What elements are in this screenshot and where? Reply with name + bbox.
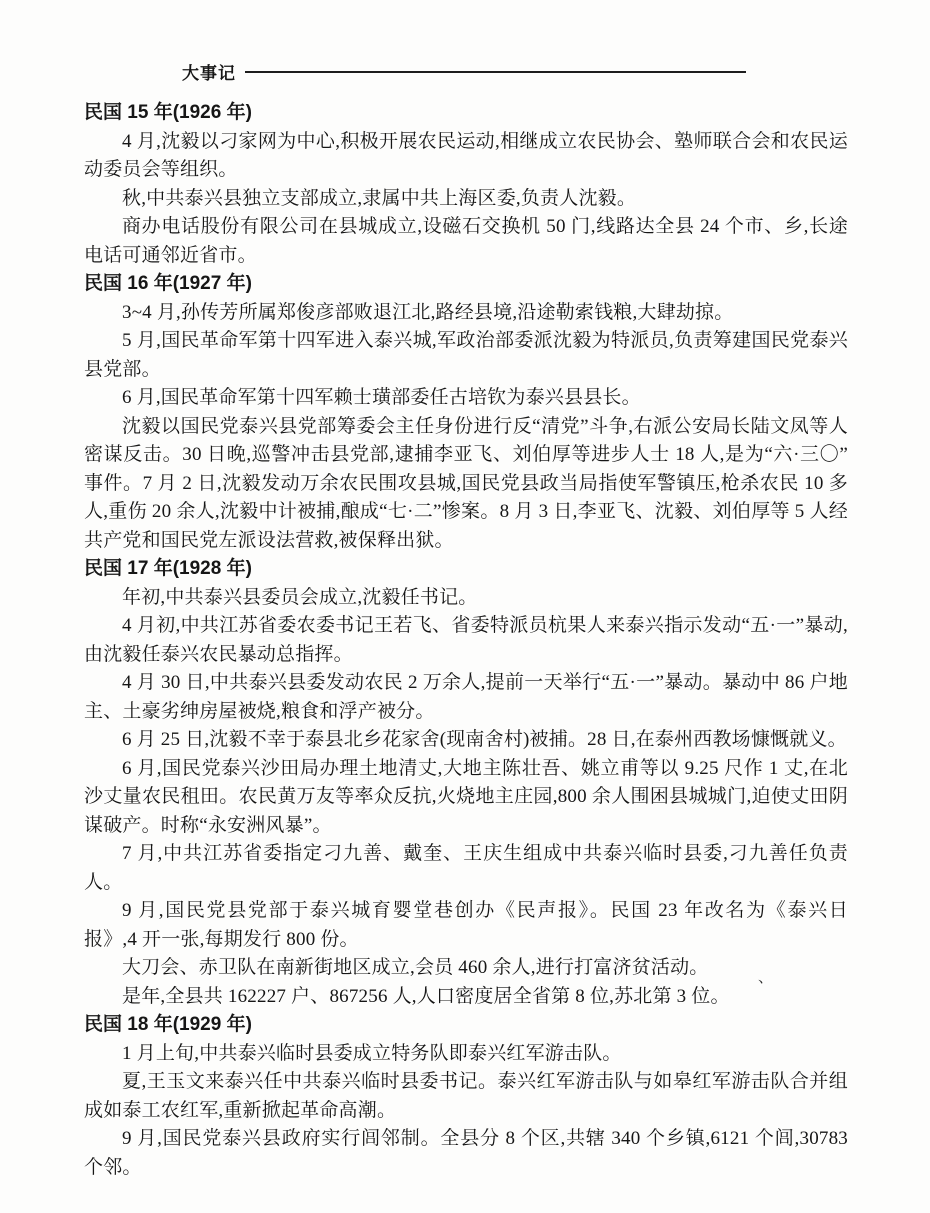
scan-stray-mark: 、 — [758, 966, 773, 987]
page-body: 民国 15 年(1926 年) 4 月,沈毅以刁家网为中心,积极开展农民运动,相… — [84, 99, 848, 1182]
paragraph: 1 月上旬,中共泰兴临时县委成立特务队即泰兴红军游击队。 — [84, 1040, 848, 1069]
paragraph: 商办电话股份有限公司在县城成立,设磁石交换机 50 门,线路达全县 24 个市、… — [84, 213, 848, 270]
running-header-title: 大事记 — [182, 59, 236, 84]
paragraph: 年初,中共泰兴县委员会成立,沈毅任书记。 — [84, 584, 848, 613]
section-minguo-15: 民国 15 年(1926 年) 4 月,沈毅以刁家网为中心,积极开展农民运动,相… — [84, 99, 848, 270]
paragraph: 7 月,中共江苏省委指定刁九善、戴奎、王庆生组成中共泰兴临时县委,刁九善任负责人… — [84, 840, 848, 897]
paragraph: 4 月 30 日,中共泰兴县委发动农民 2 万余人,提前一天举行“五·一”暴动。… — [84, 669, 848, 726]
paragraph: 6 月,国民革命军第十四军赖士璜部委任古培钦为泰兴县县长。 — [84, 384, 848, 413]
paragraph: 4 月初,中共江苏省委农委书记王若飞、省委特派员杭果人来泰兴指示发动“五·一”暴… — [84, 612, 848, 669]
section-heading: 民国 15 年(1926 年) — [84, 99, 848, 128]
paragraph: 夏,王玉文来泰兴任中共泰兴临时县委书记。泰兴红军游击队与如皋红军游击队合并组成如… — [84, 1068, 848, 1125]
section-heading: 民国 18 年(1929 年) — [84, 1011, 848, 1040]
paragraph: 秋,中共泰兴县独立支部成立,隶属中共上海区委,负责人沈毅。 — [84, 185, 848, 214]
header-rule-divider — [245, 71, 746, 73]
section-minguo-18: 民国 18 年(1929 年) 1 月上旬,中共泰兴临时县委成立特务队即泰兴红军… — [84, 1011, 848, 1182]
paragraph: 9 月,国民党泰兴县政府实行闾邻制。全县分 8 个区,共辖 340 个乡镇,61… — [84, 1125, 848, 1182]
scanned-book-page: 大事记 民国 15 年(1926 年) 4 月,沈毅以刁家网为中心,积极开展农民… — [0, 0, 930, 1213]
paragraph: 大刀会、赤卫队在南新街地区成立,会员 460 余人,进行打富济贫活动。 — [84, 954, 848, 983]
paragraph: 6 月,国民党泰兴沙田局办理土地清丈,大地主陈壮吾、姚立甫等以 9.25 尺作 … — [84, 755, 848, 841]
section-heading: 民国 16 年(1927 年) — [84, 270, 848, 299]
section-heading: 民国 17 年(1928 年) — [84, 555, 848, 584]
paragraph: 6 月 25 日,沈毅不幸于泰县北乡花家舍(现南舍村)被捕。28 日,在泰州西教… — [84, 726, 848, 755]
paragraph: 3~4 月,孙传芳所属郑俊彦部败退江北,路经县境,沿途勒索钱粮,大肆劫掠。 — [84, 299, 848, 328]
paragraph: 沈毅以国民党泰兴县党部筹委会主任身份进行反“清党”斗争,右派公安局长陆文凤等人密… — [84, 413, 848, 556]
paragraph: 4 月,沈毅以刁家网为中心,积极开展农民运动,相继成立农民协会、塾师联合会和农民… — [84, 128, 848, 185]
paragraph: 是年,全县共 162227 户、867256 人,人口密度居全省第 8 位,苏北… — [84, 983, 848, 1012]
section-minguo-16: 民国 16 年(1927 年) 3~4 月,孙传芳所属郑俊彦部败退江北,路经县境… — [84, 270, 848, 555]
section-minguo-17: 民国 17 年(1928 年) 年初,中共泰兴县委员会成立,沈毅任书记。 4 月… — [84, 555, 848, 1011]
paragraph: 9 月,国民党县党部于泰兴城育婴堂巷创办《民声报》。民国 23 年改名为《泰兴日… — [84, 897, 848, 954]
paragraph: 5 月,国民革命军第十四军进入泰兴城,军政治部委派沈毅为特派员,负责筹建国民党泰… — [84, 327, 848, 384]
running-header: 大事记 — [182, 60, 746, 82]
